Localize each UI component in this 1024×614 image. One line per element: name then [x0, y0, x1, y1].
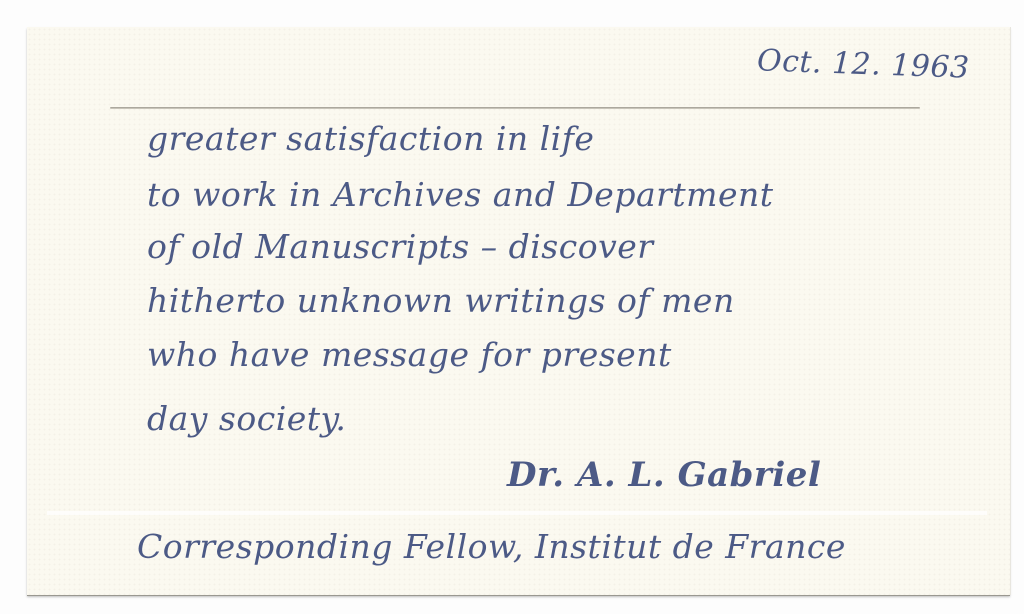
note-line-3: of old Manuscripts – discover [147, 227, 654, 266]
note-line-6: day society. [147, 399, 346, 438]
signer-affiliation: Corresponding Fellow, Institut de France [137, 527, 846, 566]
card-slot-lower-edge [47, 511, 987, 515]
note-date: Oct. 12. 1963 [756, 43, 970, 85]
card-slot-divider [110, 107, 920, 109]
note-line-1: greater satisfaction in life [147, 119, 594, 158]
note-line-2: to work in Archives and Department [147, 175, 774, 214]
handwritten-note-card: Oct. 12. 1963 greater satisfaction in li… [27, 27, 1010, 595]
note-line-4: hitherto unknown writings of men [147, 281, 735, 320]
signature: Dr. A. L. Gabriel [507, 455, 821, 495]
note-line-5: who have message for present [147, 335, 672, 374]
